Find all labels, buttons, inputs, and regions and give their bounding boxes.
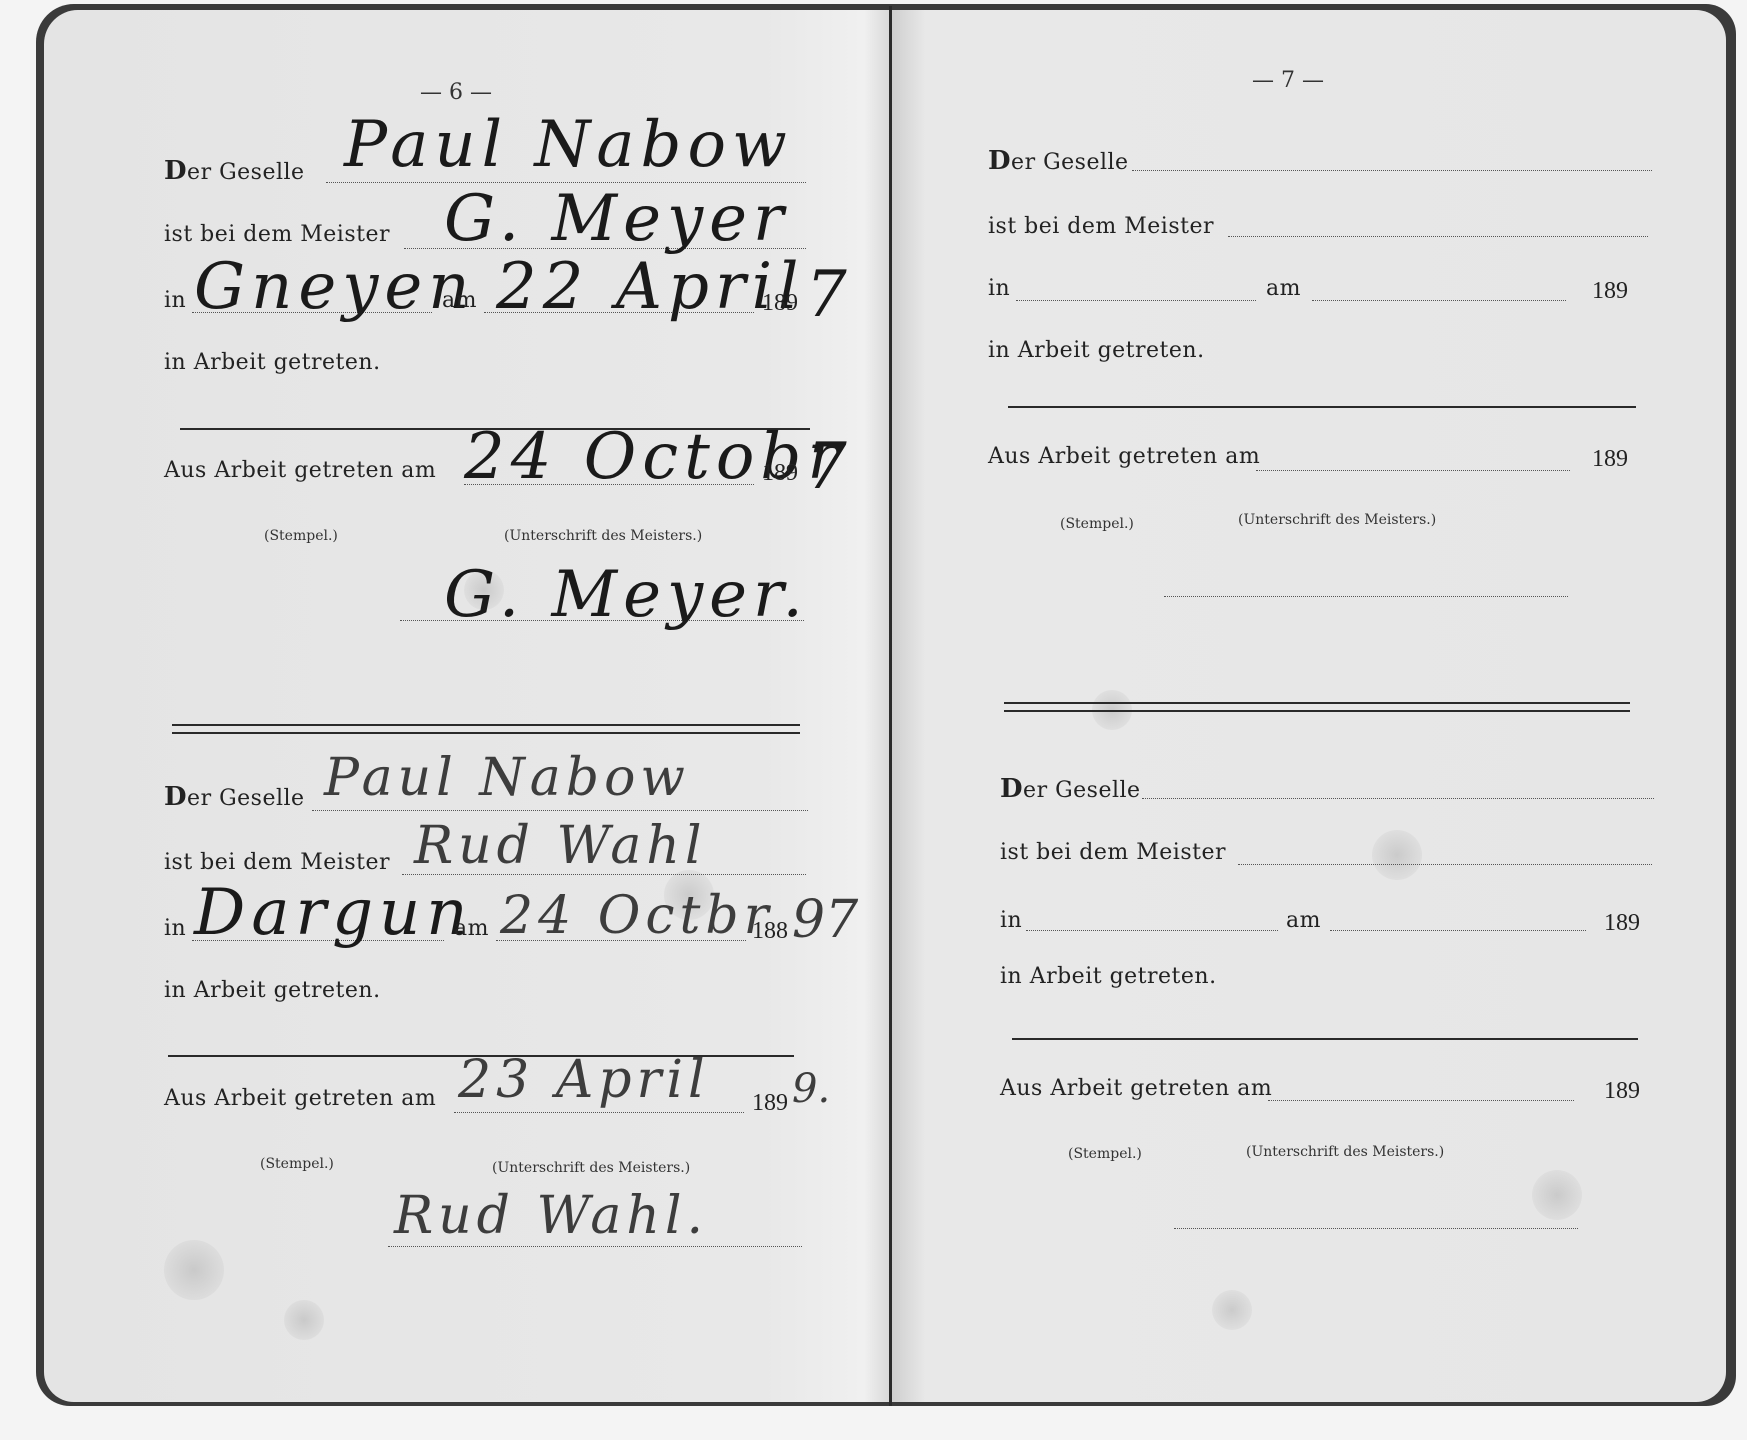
label-meister: ist bei dem Meister [164,222,390,247]
label-stamp: (Stempel.) [260,1156,334,1172]
left-page: — 6 — Der Geselle Paul Nabow ist bei dem… [44,10,890,1402]
end-year-digit: 9. [792,1066,830,1112]
label-in: in [164,916,186,941]
label-left: Aus Arbeit getreten am [164,458,436,483]
start-date: 22 April [496,250,805,324]
label-meister: ist bei dem Meister [164,850,390,875]
meister-name: Rud Wahl [414,816,707,876]
geselle-name: Paul Nabow [324,748,690,808]
label-in: in [164,288,186,313]
label-in: in [988,276,1010,301]
section-rule [1012,1038,1638,1040]
label-signature: (Unterschrift des Meisters.) [1238,512,1436,528]
label-stamp: (Stempel.) [1068,1146,1142,1162]
label-geselle: Der Geselle [164,782,305,812]
label-signature: (Unterschrift des Meisters.) [1246,1144,1444,1160]
geselle-name: Paul Nabow [344,108,793,182]
year-prefix: 189 [762,290,798,317]
label-am: am [454,916,489,941]
label-meister: ist bei dem Meister [1000,840,1226,865]
entry-divider [1004,702,1630,712]
label-started: in Arbeit getreten. [164,978,381,1003]
page-number: — 7 — [1252,68,1324,93]
label-am: am [442,288,477,313]
label-started: in Arbeit getreten. [164,350,381,375]
label-started: in Arbeit getreten. [988,338,1205,363]
start-date: 24 Octbr [500,886,774,946]
label-left: Aus Arbeit getreten am [1000,1076,1272,1101]
label-am: am [1266,276,1301,301]
year-prefix: 189 [1604,910,1640,937]
label-started: in Arbeit getreten. [1000,964,1217,989]
label-meister: ist bei dem Meister [988,214,1214,239]
label-geselle: Der Geselle [164,156,305,186]
entry-divider [172,724,800,734]
start-year-digit: 7 [806,258,847,332]
place: Dargun [194,876,473,950]
master-signature: Rud Wahl. [394,1186,708,1246]
end-year-prefix: 189 [1592,446,1628,473]
place: Gneyen [194,250,475,324]
meister-name: G. Meyer [444,182,790,256]
page-number: — 6 — [420,80,492,105]
right-page: — 7 — Der Geselle ist bei dem Meister in… [892,10,1726,1402]
master-signature: G. Meyer. [444,558,809,632]
label-left: Aus Arbeit getreten am [988,444,1260,469]
label-stamp: (Stempel.) [264,528,338,544]
year-prefix: 188 [752,918,788,945]
label-geselle: Der Geselle [1000,774,1141,804]
label-signature: (Unterschrift des Meisters.) [504,528,702,544]
section-rule [1008,406,1636,408]
start-year-digit: 97 [792,890,858,950]
end-date: 23 April [458,1050,710,1110]
year-prefix: 189 [1592,278,1628,305]
label-in: in [1000,908,1022,933]
label-signature: (Unterschrift des Meisters.) [492,1160,690,1176]
end-year-prefix: 189 [1604,1078,1640,1105]
end-year-prefix: 189 [762,460,798,487]
label-stamp: (Stempel.) [1060,516,1134,532]
label-left: Aus Arbeit getreten am [164,1086,436,1111]
end-year-prefix: 189 [752,1090,788,1117]
label-am: am [1286,908,1321,933]
label-geselle: Der Geselle [988,146,1129,176]
end-year-digit: 7 [806,430,847,504]
